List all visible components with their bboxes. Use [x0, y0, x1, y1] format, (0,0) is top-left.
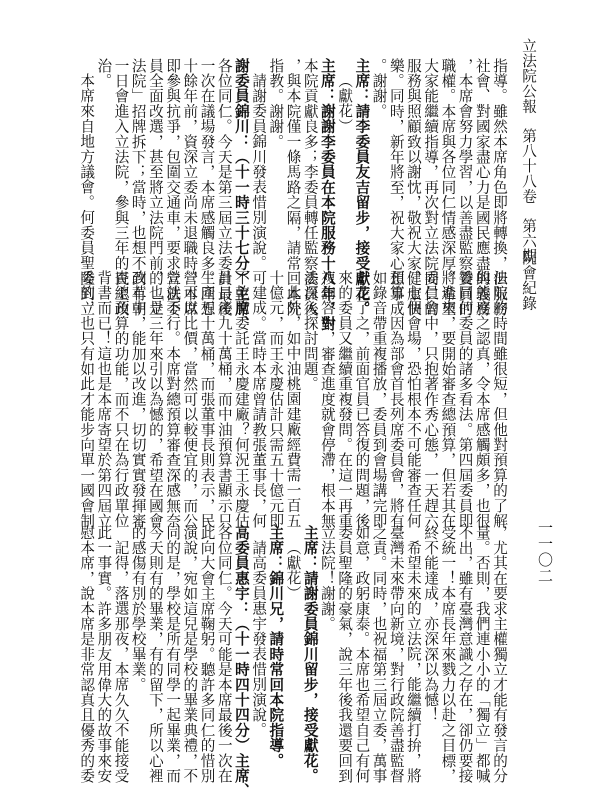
text-column: 一日會進入立法院，參與三年的民主政: [112, 58, 129, 258]
text-column: 委員聖隆的豪氣，說三年後我還要回到: [336, 525, 353, 775]
text-column: 如錄音帶重複播放，委員到會場講完即: [370, 270, 387, 520]
text-band-bottom: ，尤其在要求主權獨立才能有發言的分量。否則，我們連小小的「獨立」都喊不出，雖有臺…: [78, 525, 508, 775]
text-column: 本院貢獻良多；李委員轉任監察委員後: [302, 58, 319, 258]
text-column: 十億元，而王永慶估計只需五十億元即: [267, 270, 284, 520]
section-title: 院會紀錄: [518, 250, 539, 311]
text-column: ，也是三年來引以為憾的，希望在國會: [147, 270, 164, 520]
text-column: 如意，政躬康泰。本席也希望自己有何: [353, 525, 370, 775]
text-band-middle: 法院的時間雖很短，但他對預算的了解與態度之認真，令本席感觸頗多，也很贊同何委員的…: [78, 270, 508, 520]
text-column: 受統一！本席長年來戮力以赴之目標，: [439, 525, 456, 775]
text-column: 的感傷有別於學校畢業。: [130, 525, 147, 775]
speaker-line: 主席：謝謝李委員在本院服務十八年，對: [319, 58, 336, 258]
text-column: 贊同何委員的諸多看法。第四屆委員即: [456, 270, 473, 520]
text-band-top: 指導。雖然本席角色即將轉換，但服務社會、對國家盡心力是國民應盡的義務，本席會努力…: [78, 58, 508, 258]
text-column: 委的，也只有如此才能步向單一國會制: [78, 270, 95, 520]
text-column: 法院」招牌拆下；當時，也想不到有朝: [130, 58, 147, 258]
text-column: 一走了之，前面官員已答復的問題，後: [353, 270, 370, 520]
speaker-line: 主席：請謝委員錦川留步，接受獻花。: [302, 525, 319, 775]
text-column: 即參與抗爭，包圍交通車，要求立法委: [164, 58, 181, 258]
text-column: 複詢答中，審查進度就會停滯，根本無: [319, 270, 336, 520]
text-column: 、七個會場，恐怕根本不可能審查任何: [405, 270, 422, 520]
document-page: 立法院公報 第八十八卷 第六期 院會紀錄 一一〇二 指導。雖然本席角色即將轉換，…: [0, 0, 600, 793]
text-column: 臺灣未來帶向新境，對行政院善盡監督: [388, 525, 405, 775]
volume-number: 第八十八卷: [520, 128, 537, 204]
text-column: 將進來，要開始審查總預算，但若其在: [439, 270, 456, 520]
text-column: 本席來自地方議會。何委員聖隆到立: [78, 58, 95, 258]
text-column: 終不能達成，亦深深以為憾！: [422, 525, 439, 775]
speaker-line: 主席：錦川兄，請時常回本院指導。: [267, 525, 284, 775]
text-column: 立法院！謝謝。: [319, 525, 336, 775]
text-column: 記得，落選那夜，本席久久不能接受: [112, 525, 129, 775]
text-column: 計日產九十萬桶，而中油預算書顯示只: [216, 270, 233, 520]
journal-title: 立法院公報: [520, 38, 537, 114]
speaker-line: 謝委員錦川：（十一時三十七分）主席、: [233, 58, 250, 258]
text-column: 生產五十萬桶，而張董事長則表示，民: [198, 270, 215, 520]
text-column: 樂。同時，新年將至，祝大家心想事成: [388, 58, 405, 258]
text-column: 職權。本席與各位同仁情感深厚，希望: [439, 58, 456, 258]
text-column: 可建成。當時本席曾請教張董事長，何: [250, 270, 267, 520]
text-column: 員全面改選，甚至將立法院門前的「立: [147, 58, 164, 258]
text-column: 預算。因為部會首長列席委員會，將有: [388, 270, 405, 520]
speaker-line: 高委員惠宇：（十一時四十四分）主席、: [233, 525, 250, 775]
text-column: 來的委員又繼續重複發問。在這一再重: [336, 270, 353, 520]
running-head: 立法院公報 第八十八卷 第六期: [518, 38, 539, 264]
text-column: 法深入探討問題。: [302, 270, 319, 520]
text-column: 治。: [95, 58, 112, 258]
text-column: ，尤其在要求主權獨立才能有發言的分: [491, 525, 508, 775]
text-column: 改革中，能加以改進，切切實實發揮審: [130, 270, 147, 520]
text-column: 十餘年前，資深立委尚未退職時，本席: [181, 58, 198, 258]
text-column: 量。否則，我們連小小的「獨立」都喊: [474, 525, 491, 775]
text-column: 委員會中，只抱著作秀心態，一天趕六: [422, 270, 439, 520]
text-column: 不出，雖有臺灣意識之存在，卻仍要接: [456, 525, 473, 775]
text-column: 社會、對國家盡心力是國民應盡的義務: [474, 58, 491, 258]
text-column: 此外，如中油桃園建廠經費需一百五: [284, 270, 301, 520]
text-column: 服務與照顧致以謝忱，敬祝大家健康快: [405, 58, 422, 258]
text-column: 營可以比價，當然可以較便宜的，而公: [181, 270, 198, 520]
text-column: 演說，宛如這兒是學校的畢業典禮，不: [181, 525, 198, 775]
text-column: 指導。雖然本席角色即將轉換，但服務: [491, 58, 508, 258]
text-column: 各位同仁。今天可能是本席最後一次在: [216, 525, 233, 775]
text-column: （獻花）: [336, 58, 353, 258]
text-column: 法院的時間雖很短，但他對預算的了解: [491, 270, 508, 520]
speaker-line: 主席：請李委員友吉留步，接受獻花。: [353, 58, 370, 258]
text-column: 指教。謝謝。: [267, 58, 284, 258]
text-column: 各位同仁。今天是第三屆立法委員最後: [216, 58, 233, 258]
text-column: 請高委員惠宇發表惜別演說。: [250, 525, 267, 775]
text-column: 希望未來的立法院，能繼續打拚，將: [405, 525, 422, 775]
text-column: 一次在議場發言，本席感觸良多。回想: [198, 58, 215, 258]
text-column: ，本席會努力學習，以善盡監察委員的: [456, 58, 473, 258]
page-number: 一一〇二: [535, 520, 556, 584]
text-column: （獻花）: [284, 525, 301, 775]
text-column: 同的是，學校是所有同學一起畢業，而: [164, 525, 181, 775]
text-column: ，與本院僅一條馬路之隔，請常回本院: [284, 58, 301, 258]
text-column: 與態度之認真，令本席感觸頗多，也很: [474, 270, 491, 520]
text-column: 。謝謝。: [370, 58, 387, 258]
text-column: 今天則有的畢業，有的留下，所以心裡: [147, 525, 164, 775]
text-column: 大家能繼續指導，再次對立法院同仁的: [422, 58, 439, 258]
text-column: 此向大會主席鞠躬。聽許多同仁的惜別: [198, 525, 215, 775]
text-column: 請謝委員錦川發表惜別演說。: [250, 58, 267, 258]
text-column: 慰本席，說本席是非常認真且優秀的委: [78, 525, 95, 775]
text-column: 背書而已！這也是本席寄望於第四屆立: [95, 270, 112, 520]
text-column: 之責。同時，也祝福第三屆立委，萬事: [370, 525, 387, 775]
text-column: 不乾脆委託王永慶建廠？何況王永慶估: [233, 270, 250, 520]
text-column: 此一事實。許多朋友用偉大的故事來安: [95, 525, 112, 775]
text-column: 營就不行。本席對總預算審查深感無奈: [164, 270, 181, 520]
text-column: 查總預算的功能，而不只在為行政單位: [112, 270, 129, 520]
